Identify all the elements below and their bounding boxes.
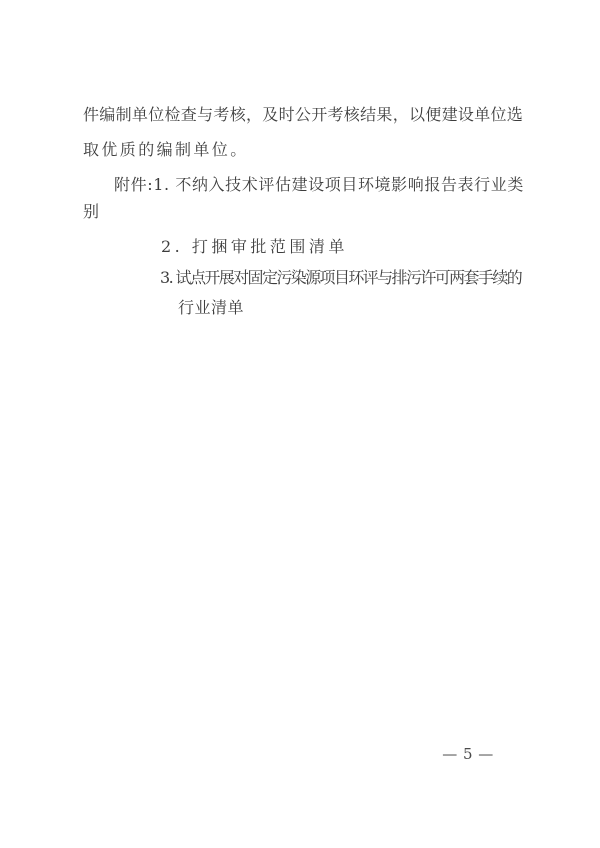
page-number: — 5 —	[436, 745, 500, 763]
attachment-item-1-line-1: 附件:1. 不纳入技术评估建设项目环境影响报告表行业类	[114, 175, 524, 195]
attachment-item-3-line-1: 3. 试点开展对固定污染源项目环评与排污许可两套手续的	[160, 268, 521, 288]
document-page: 件编制单位检查与考核，及时公开考核结果，以便建设单位选 取优质的编制单位。 附件…	[0, 0, 600, 848]
attachment-item-3-line-2: 行业清单	[178, 298, 244, 318]
paragraph-line-2: 取优质的编制单位。	[83, 140, 249, 160]
attachment-item-2: 2. 打捆审批范围清单	[161, 237, 348, 257]
paragraph-line-1: 件编制单位检查与考核，及时公开考核结果，以便建设单位选	[83, 105, 523, 125]
attachment-item-1-line-2: 别	[83, 202, 99, 222]
